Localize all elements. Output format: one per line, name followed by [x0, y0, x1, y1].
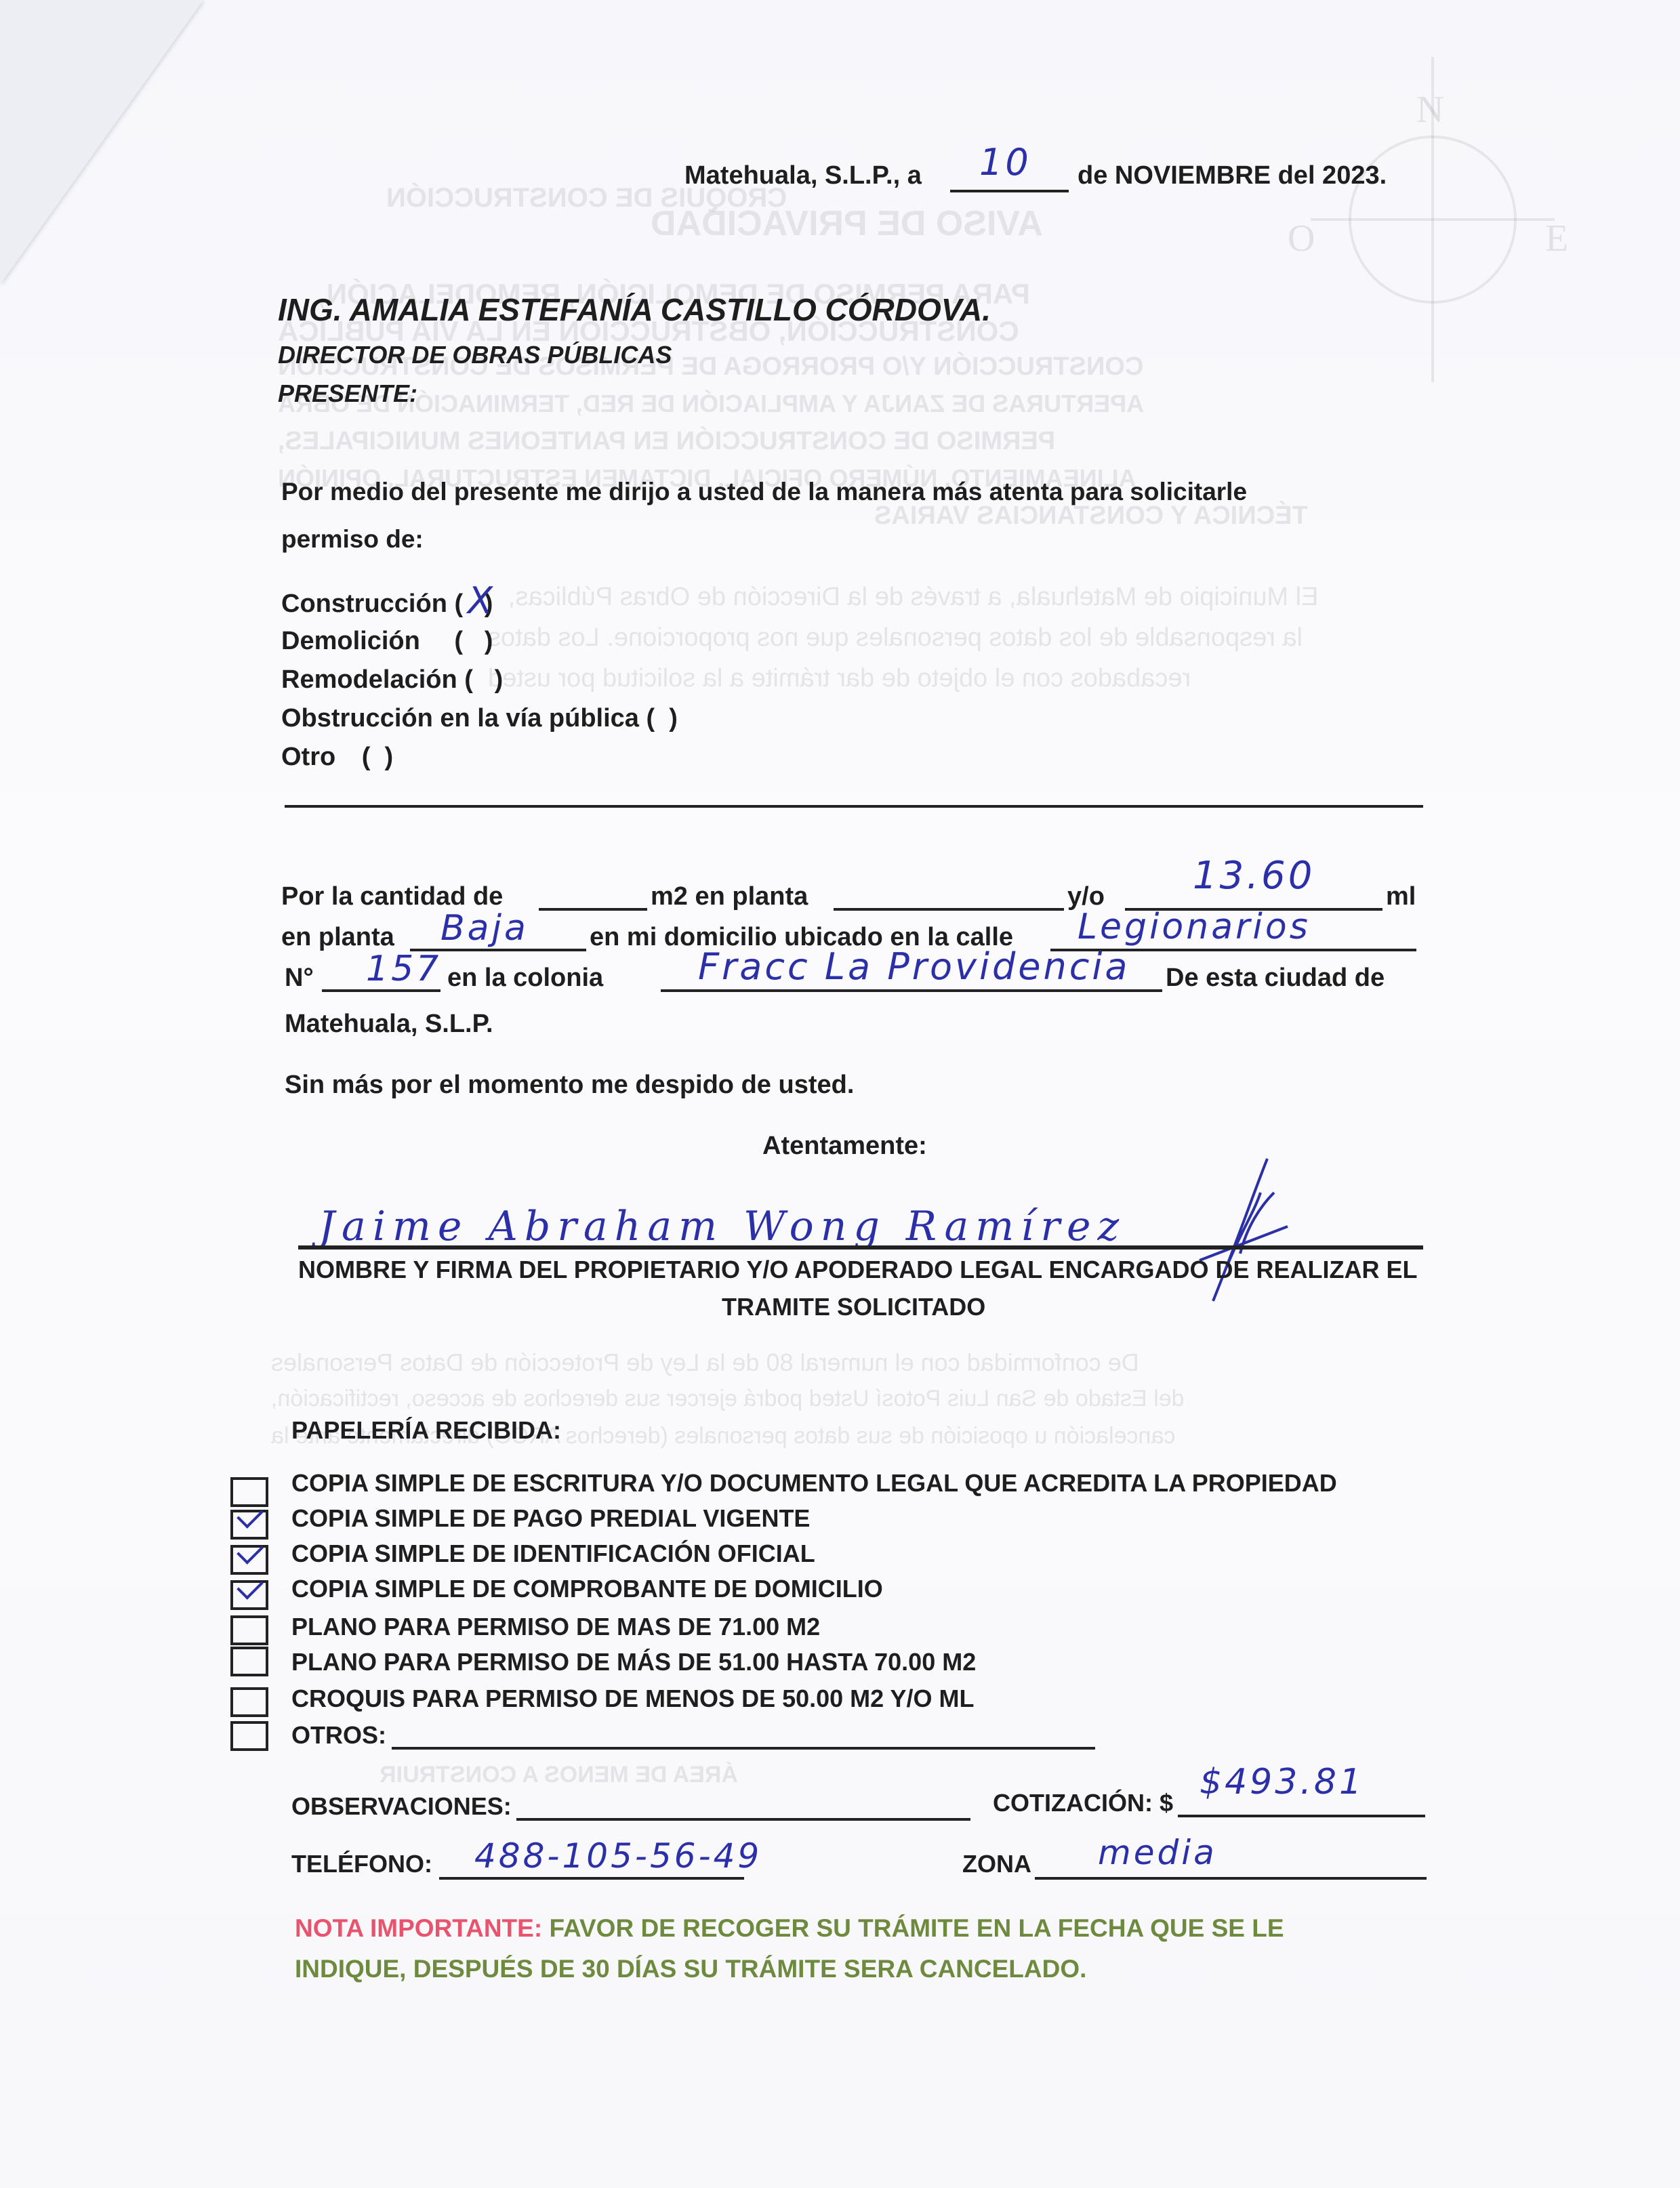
permit-option-otro[interactable]: Otro ( ): [281, 743, 393, 772]
doc-checkbox-plano-51[interactable]: [230, 1647, 268, 1676]
permit-mark: X: [468, 579, 493, 622]
telefono-label: TELÉFONO:: [291, 1850, 432, 1878]
permit-option-obstruccion[interactable]: Obstrucción en la vía pública ( ): [281, 704, 678, 733]
colonia-field[interactable]: Fracc La Providencia: [698, 945, 1130, 988]
planta-label: en planta: [281, 923, 394, 952]
qty-label: Por la cantidad de: [281, 882, 503, 911]
day-field-line: [950, 190, 1069, 192]
bleed-text: AVISO DE PRIVACIDAD: [651, 203, 1043, 244]
ciudad-label: De esta ciudad de: [1166, 964, 1385, 993]
cotizacion-field-line: [1178, 1815, 1425, 1817]
important-note-line-2: INDIQUE, DESPUÉS DE 30 DÍAS SU TRÁMITE S…: [295, 1955, 1086, 1983]
permit-option-demolicion[interactable]: Demolición ( ): [281, 627, 493, 656]
bleed-text: la responsable de los datos personales q…: [488, 623, 1303, 653]
bleed-text: recabados con el objeto de dar trámite a…: [488, 664, 1191, 693]
otro-specify-line[interactable]: [285, 805, 1423, 808]
permit-checkbox[interactable]: ( ): [646, 704, 677, 732]
ml-label: ml: [1386, 882, 1416, 911]
colonia-field-line: [661, 989, 1162, 992]
signature-line: [298, 1245, 1423, 1250]
doc-label: PLANO PARA PERMISO DE MÁS DE 51.00 HASTA…: [291, 1648, 976, 1676]
permit-checkbox[interactable]: ( ): [454, 627, 493, 655]
doc-label: COPIA SIMPLE DE ESCRITURA Y/O DOCUMENTO …: [291, 1469, 1337, 1498]
observaciones-field[interactable]: [516, 1818, 970, 1821]
sign-caption-2: TRAMITE SOLICITADO: [722, 1293, 985, 1321]
permit-checkbox[interactable]: ( ): [362, 743, 393, 771]
m2-planta-field[interactable]: [834, 908, 1064, 911]
signature-scribble-icon: [1186, 1152, 1294, 1308]
note-label: NOTA IMPORTANTE:: [295, 1914, 542, 1942]
ml-field[interactable]: 13.60: [1193, 854, 1315, 898]
calle-field[interactable]: Legionarios: [1078, 907, 1311, 947]
doc-label: OTROS:: [291, 1721, 386, 1750]
permit-label: Demolición: [281, 627, 420, 655]
doc-label: COPIA SIMPLE DE IDENTIFICACIÓN OFICIAL: [291, 1540, 815, 1568]
planta-field[interactable]: Baja: [441, 908, 529, 949]
recipient-name: ING. AMALIA ESTEFANÍA CASTILLO CÓRDOVA.: [278, 291, 991, 328]
farewell-text: Sin más por el momento me despido de ust…: [285, 1071, 854, 1100]
bleed-compass-letter: E: [1545, 217, 1568, 260]
telefono-field-line: [439, 1877, 744, 1880]
permit-checkbox[interactable]: ( ): [464, 665, 503, 694]
cotizacion-field[interactable]: $493.81: [1200, 1762, 1364, 1802]
bleed-text: del Estado de San Luis Potosí Usted podr…: [271, 1386, 1185, 1412]
num-field[interactable]: 157: [366, 949, 441, 989]
zona-field-line: [1035, 1877, 1427, 1880]
qty-m2-field[interactable]: [539, 908, 647, 911]
cotizacion-label: COTIZACIÓN: $: [993, 1789, 1173, 1817]
doc-label: CROQUIS PARA PERMISO DE MENOS DE 50.00 M…: [291, 1685, 975, 1713]
document-page: N E O CROQUIS DE CONSTRUCCIÓN AVISO DE P…: [0, 0, 1680, 2188]
permit-label: Otro: [281, 743, 335, 771]
signer-name[interactable]: Jaime Abraham Wong Ramírez: [319, 1203, 1126, 1250]
place-prefix: Matehuala, S.L.P., a: [684, 161, 922, 190]
observaciones-label: OBSERVACIONES:: [291, 1792, 512, 1821]
bleed-compass-letter: N: [1416, 88, 1443, 131]
bleed-text: El Municipio de Matehuala, a través de l…: [508, 583, 1319, 612]
otros-field[interactable]: [392, 1747, 1095, 1750]
bleed-text: ÁREA DE MENOS A CONSTRUIR: [380, 1762, 738, 1788]
zona-field[interactable]: media: [1098, 1833, 1217, 1872]
permit-option-construccion[interactable]: Construcción ( ): [281, 590, 493, 619]
day-field[interactable]: 10: [979, 141, 1031, 184]
sign-caption-1: NOMBRE Y FIRMA DEL PROPIETARIO Y/O APODE…: [298, 1256, 1417, 1284]
recipient-salutation: PRESENTE:: [278, 379, 417, 408]
documents-heading: PAPELERÍA RECIBIDA:: [291, 1416, 561, 1445]
important-note-line-1: NOTA IMPORTANTE: FAVOR DE RECOGER SU TRÁ…: [295, 1914, 1284, 1943]
doc-checkbox-escritura[interactable]: [230, 1477, 268, 1507]
doc-checkbox-otros[interactable]: [230, 1721, 268, 1751]
m2-label: m2 en planta: [651, 882, 808, 911]
permit-option-remodelacion[interactable]: Remodelación ( ): [281, 665, 503, 695]
doc-label: PLANO PARA PERMISO DE MAS DE 71.00 M2: [291, 1613, 820, 1641]
permit-label: Construcción: [281, 590, 447, 618]
folded-corner: [0, 0, 203, 285]
colonia-label: en la colonia: [447, 964, 603, 993]
num-label: N°: [285, 964, 314, 993]
doc-checkbox-croquis[interactable]: [230, 1687, 268, 1717]
intro-line-1: Por medio del presente me dirijo a usted…: [281, 478, 1247, 506]
permit-label: Remodelación: [281, 665, 457, 694]
intro-line-2: permiso de:: [281, 525, 424, 554]
doc-label: COPIA SIMPLE DE PAGO PREDIAL VIGENTE: [291, 1504, 810, 1533]
bleed-text: De conformidad con el numeral 80 de la L…: [271, 1348, 1139, 1377]
permit-label: Obstrucción en la vía pública: [281, 704, 639, 732]
bleed-compass-letter: O: [1288, 217, 1315, 260]
telefono-field[interactable]: 488-105-56-49: [474, 1836, 762, 1876]
sign-off: Atentamente:: [762, 1132, 927, 1161]
doc-label: COPIA SIMPLE DE COMPROBANTE DE DOMICILIO: [291, 1575, 883, 1603]
date-suffix: de NOVIEMBRE del 2023.: [1078, 161, 1387, 190]
doc-checkbox-plano-71[interactable]: [230, 1615, 268, 1645]
note-text-1: FAVOR DE RECOGER SU TRÁMITE EN LA FECHA …: [549, 1914, 1284, 1942]
ciudad-value: Matehuala, S.L.P.: [285, 1010, 493, 1039]
recipient-title: DIRECTOR DE OBRAS PÚBLICAS: [278, 341, 672, 369]
zona-label: ZONA: [962, 1850, 1031, 1878]
num-field-line: [322, 989, 441, 992]
bleed-text: PERMISO DE CONSTRUCCIÓN EN PANTEONES MUN…: [278, 427, 1055, 456]
